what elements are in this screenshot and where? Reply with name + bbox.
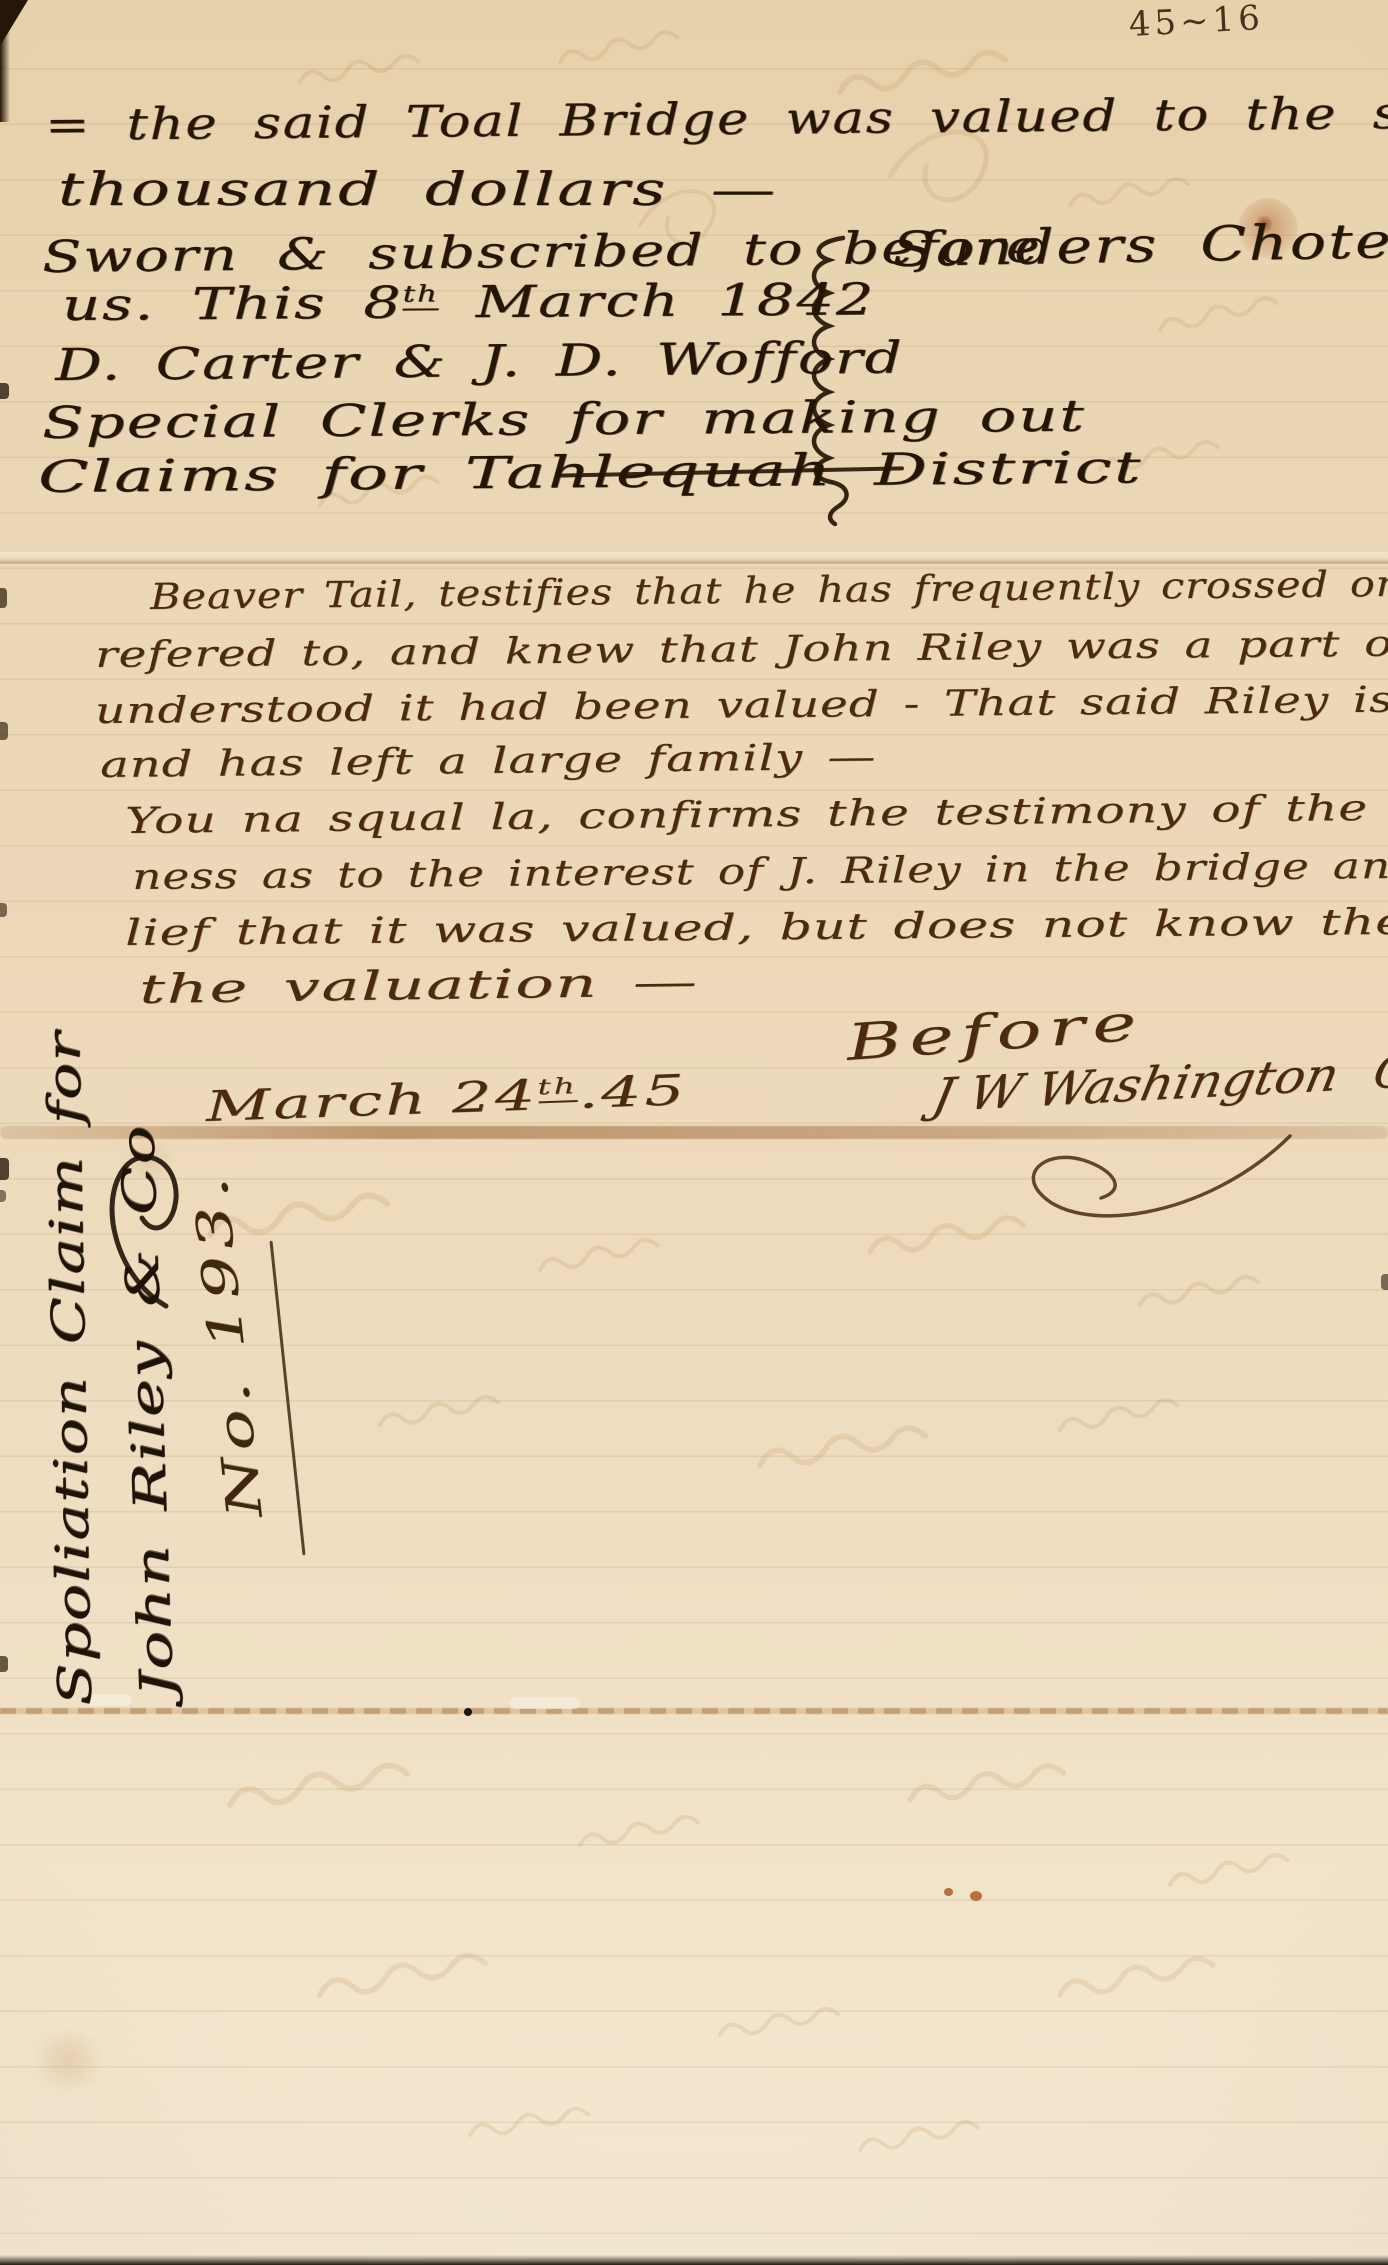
- fold-crease-lower: [0, 1708, 1388, 1714]
- attestation-line-2-post: March 1842: [439, 274, 876, 328]
- testimony-line-4: and has left a large family —: [100, 740, 876, 784]
- page-edge-mark: [0, 383, 9, 399]
- docket-underline: [269, 1241, 305, 1556]
- ordinal-suffix: th: [403, 282, 439, 311]
- testimony-line-1: Beaver Tail, testifies that he has frequ…: [150, 564, 1388, 616]
- manuscript-page: 45~16 = the said Toal Bridge was valued …: [0, 0, 1388, 2265]
- crease-dark-dot: [464, 1708, 472, 1716]
- commissioner-title-pre: Com: [1369, 1039, 1388, 1100]
- attestation-line-4: Special Clerks for making out: [42, 395, 1086, 446]
- page-edge-mark: [1381, 1274, 1388, 1290]
- corner-shadow-wedge: [0, 0, 28, 46]
- foxing-stain: [26, 2030, 110, 2090]
- fold-crease-upper: [0, 552, 1388, 564]
- testimony-line-3: understood it had been valued - That sai…: [95, 680, 1388, 730]
- rust-dot: [970, 1891, 982, 1901]
- date-pre: March 24: [205, 1070, 539, 1131]
- rust-dot: [944, 1888, 953, 1896]
- docket-block: Spoliation Claim for John Riley & Co No.…: [52, 1152, 314, 1708]
- body-line-2: thousand dollars —: [58, 166, 778, 212]
- attestation-line-3: D. Carter & J. D. Wofford: [55, 337, 904, 388]
- date-line: March 24th.45: [205, 1069, 688, 1128]
- page-edge-mark: [0, 1656, 8, 1672]
- docket-line-1: Spoliation Claim for: [40, 1030, 98, 1706]
- page-edge-mark: [0, 588, 7, 608]
- testimony-line-2: refered to, and knew that John Riley was…: [95, 624, 1388, 674]
- page-edge-mark: [0, 1158, 9, 1180]
- testimony-line-7: lief that it was valued, but does not kn…: [125, 903, 1388, 952]
- body-line-1: = the said Toal Bridge was valued to the…: [45, 89, 1388, 148]
- attestation-line-2: us. This 8th March 1842: [62, 278, 876, 328]
- date-post: .45: [577, 1065, 688, 1118]
- page-edge-mark: [0, 722, 8, 740]
- page-edge-mark: [0, 1190, 6, 1202]
- archival-number: 45~16: [1128, 1, 1265, 42]
- witness-signature: Sanders Chote: [892, 217, 1388, 274]
- commissioner-title: Comr: [1369, 1038, 1388, 1099]
- bottom-edge-shadow: [0, 2255, 1388, 2265]
- testimony-line-5: You na squal la, confirms the testimony …: [125, 788, 1388, 840]
- before-label: Before: [845, 997, 1145, 1068]
- crease-chip: [510, 1697, 580, 1709]
- testimony-line-8: the valuation —: [139, 962, 699, 1010]
- testimony-line-6: ness as to the interest of J. Riley in t…: [132, 847, 1388, 896]
- attestation-line-5-pre: Claims for Tahlequah: [38, 445, 874, 503]
- attestation-line-5-struck: District: [874, 442, 1143, 495]
- docket-line-2: John Riley & Co: [114, 1124, 180, 1698]
- attestation-line-2-pre: us. This 8: [62, 278, 403, 331]
- page-edge-mark: [0, 903, 7, 917]
- date-ordinal-suffix: th: [537, 1074, 578, 1103]
- docket-case-number: No. 193.: [186, 1170, 270, 1520]
- signature-flourish: [1005, 1128, 1305, 1250]
